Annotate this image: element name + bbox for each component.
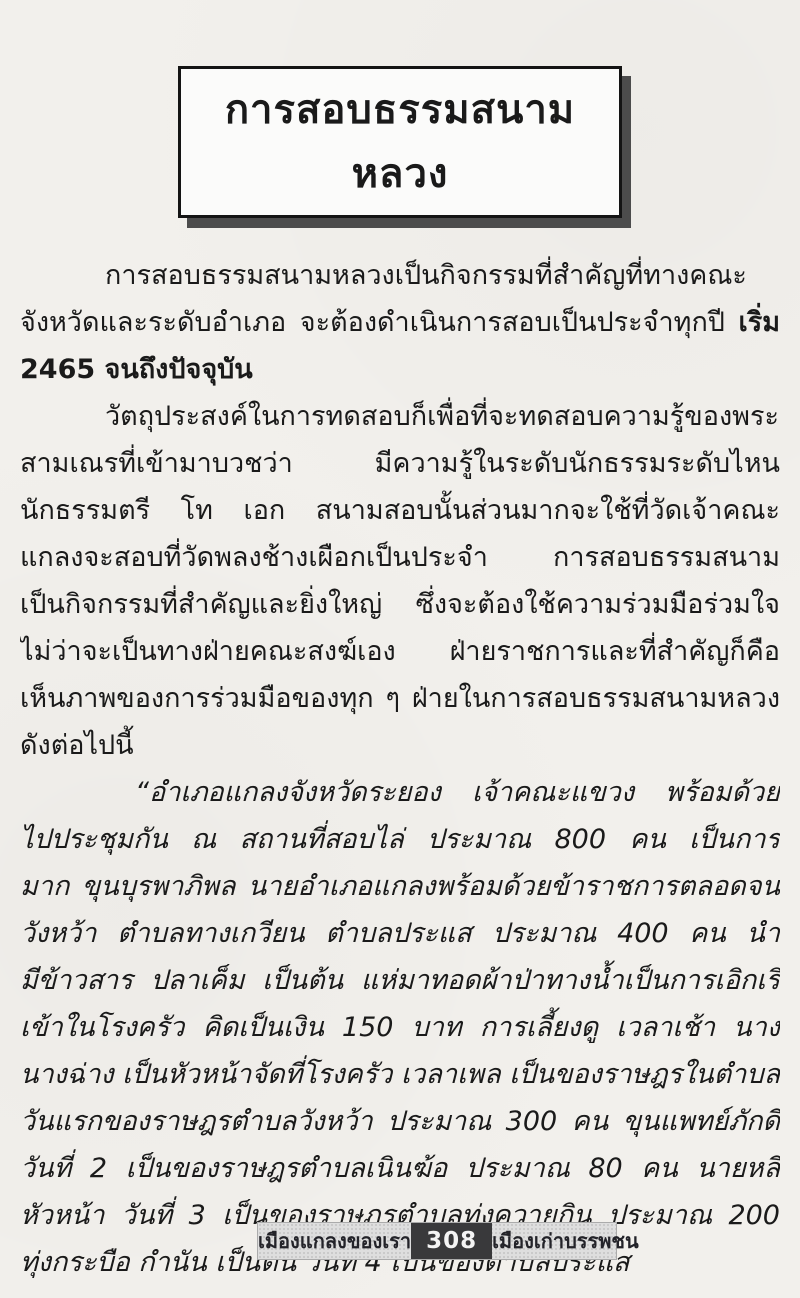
text-line: “อำเภอแกลงจังหวัดระยอง เจ้าคณะแขวง พร้อม… (20, 769, 780, 816)
footer-left-label: เมืองแกลงของเรา (258, 1223, 411, 1259)
text-line: วังหว้า ตำบลทางเกวียน ตำบลประแส ประมาณ 4… (20, 910, 780, 957)
text-line: เห็นภาพของการร่วมมือของทุก ๆ ฝ่ายในการสอ… (20, 675, 780, 722)
text-line: แกลงจะสอบที่วัดพลงช้างเผือกเป็นประจำ การ… (20, 534, 780, 581)
text-line: จังหวัดและระดับอำเภอ จะต้องดำเนินการสอบเ… (20, 299, 780, 346)
text-line: ดังต่อไปนี้ (20, 722, 780, 769)
text-segment: วัตถุประสงค์ในการทดสอบก็เพื่อที่จะทดสอบค… (20, 401, 779, 440)
footer: เมืองแกลงของเรา 308 เมืองเก่าบรรพชน (257, 1222, 617, 1260)
page-title: การสอบธรรมสนามหลวง (225, 87, 575, 197)
text-segment: เห็นภาพของการร่วมมือของทุก ๆ ฝ่ายในการสอ… (20, 683, 780, 722)
text-line: เข้าในโรงครัว คิดเป็นเงิน 150 บาท การเลี… (20, 1004, 780, 1051)
text-line: มาก ขุนบุรพาภิพล นายอำเภอแกลงพร้อมด้วยข้… (20, 863, 780, 910)
document-page: การสอบธรรมสนามหลวง การสอบธรรมสนามหลวงเป็… (0, 0, 800, 1298)
text-line: ไปประชุมกัน ณ สถานที่สอบไล่ ประมาณ 800 ค… (20, 816, 780, 863)
text-line: วันแรกของราษฎรตำบลวังหว้า ประมาณ 300 คน … (20, 1098, 780, 1145)
text-segment: นักธรรมตรี โท เอก สนามสอบนั้นส่วนมากจะใช… (20, 495, 780, 534)
text-line: วันที่ 2 เป็นของราษฎรตำบลเนินฆ้อ ประมาณ … (20, 1145, 780, 1192)
text-line: นักธรรมตรี โท เอก สนามสอบนั้นส่วนมากจะใช… (20, 487, 780, 534)
text-segment: วันที่ 2 เป็นของราษฎรตำบลเนินฆ้อ ประมาณ … (20, 1153, 780, 1192)
text-segment: การสอบธรรมสนามหลวงเป็นกิจกรรมที่สำคัญที่… (20, 260, 747, 299)
text-segment: มาก ขุนบุรพาภิพล นายอำเภอแกลงพร้อมด้วยข้… (20, 871, 780, 910)
text-segment: วังหว้า ตำบลทางเกวียน ตำบลประแส ประมาณ 4… (20, 918, 780, 957)
text-segment: สามเณรที่เข้ามาบวชว่า มีความรู้ในระดับนั… (20, 448, 780, 487)
page-number-badge: 308 (411, 1223, 492, 1259)
footer-right-label: เมืองเก่าบรรพชน (492, 1223, 639, 1259)
body-text: การสอบธรรมสนามหลวงเป็นกิจกรรมที่สำคัญที่… (0, 252, 800, 1286)
text-line: ไม่ว่าจะเป็นทางฝ่ายคณะสงฆ์เอง ฝ่ายราชการ… (20, 628, 780, 675)
text-line: เป็นกิจกรรมที่สำคัญและยิ่งใหญ่ ซึ่งจะต้อ… (20, 581, 780, 628)
text-segment: “อำเภอแกลงจังหวัดระยอง เจ้าคณะแขวง พร้อม… (20, 777, 780, 816)
paragraph: “อำเภอแกลงจังหวัดระยอง เจ้าคณะแขวง พร้อม… (20, 769, 780, 1286)
text-segment: เป็นกิจกรรมที่สำคัญและยิ่งใหญ่ ซึ่งจะต้อ… (20, 589, 780, 628)
text-line: มีข้าวสาร ปลาเค็ม เป็นต้น แห่มาทอดผ้าป่า… (20, 957, 780, 1004)
title-box: การสอบธรรมสนามหลวง (178, 66, 622, 218)
text-line: นางฉ่าง เป็นหัวหน้าจัดที่โรงครัว เวลาเพล… (20, 1051, 780, 1098)
text-segment: ไม่ว่าจะเป็นทางฝ่ายคณะสงฆ์เอง ฝ่ายราชการ… (20, 636, 780, 675)
text-segment: มีข้าวสาร ปลาเค็ม เป็นต้น แห่มาทอดผ้าป่า… (20, 965, 780, 1004)
text-line: 2465 จนถึงปัจจุบัน (20, 346, 780, 393)
text-segment: จังหวัดและระดับอำเภอ จะต้องดำเนินการสอบเ… (20, 307, 738, 338)
text-segment: วันแรกของราษฎรตำบลวังหว้า ประมาณ 300 คน … (20, 1106, 780, 1145)
text-segment: ไปประชุมกัน ณ สถานที่สอบไล่ ประมาณ 800 ค… (20, 824, 780, 863)
bold-text-segment: 2465 จนถึงปัจจุบัน (20, 354, 253, 385)
text-segment: นางฉ่าง เป็นหัวหน้าจัดที่โรงครัว เวลาเพล… (20, 1059, 780, 1098)
text-segment: ดังต่อไปนี้ (20, 730, 134, 761)
text-line: สามเณรที่เข้ามาบวชว่า มีความรู้ในระดับนั… (20, 440, 780, 487)
text-segment: เข้าในโรงครัว คิดเป็นเงิน 150 บาท การเลี… (20, 1012, 780, 1051)
paragraph: การสอบธรรมสนามหลวงเป็นกิจกรรมที่สำคัญที่… (20, 252, 780, 393)
text-line: การสอบธรรมสนามหลวงเป็นกิจกรรมที่สำคัญที่… (20, 252, 780, 299)
text-line: วัตถุประสงค์ในการทดสอบก็เพื่อที่จะทดสอบค… (20, 393, 780, 440)
text-segment: แกลงจะสอบที่วัดพลงช้างเผือกเป็นประจำ การ… (20, 542, 780, 581)
paragraph: วัตถุประสงค์ในการทดสอบก็เพื่อที่จะทดสอบค… (20, 393, 780, 769)
